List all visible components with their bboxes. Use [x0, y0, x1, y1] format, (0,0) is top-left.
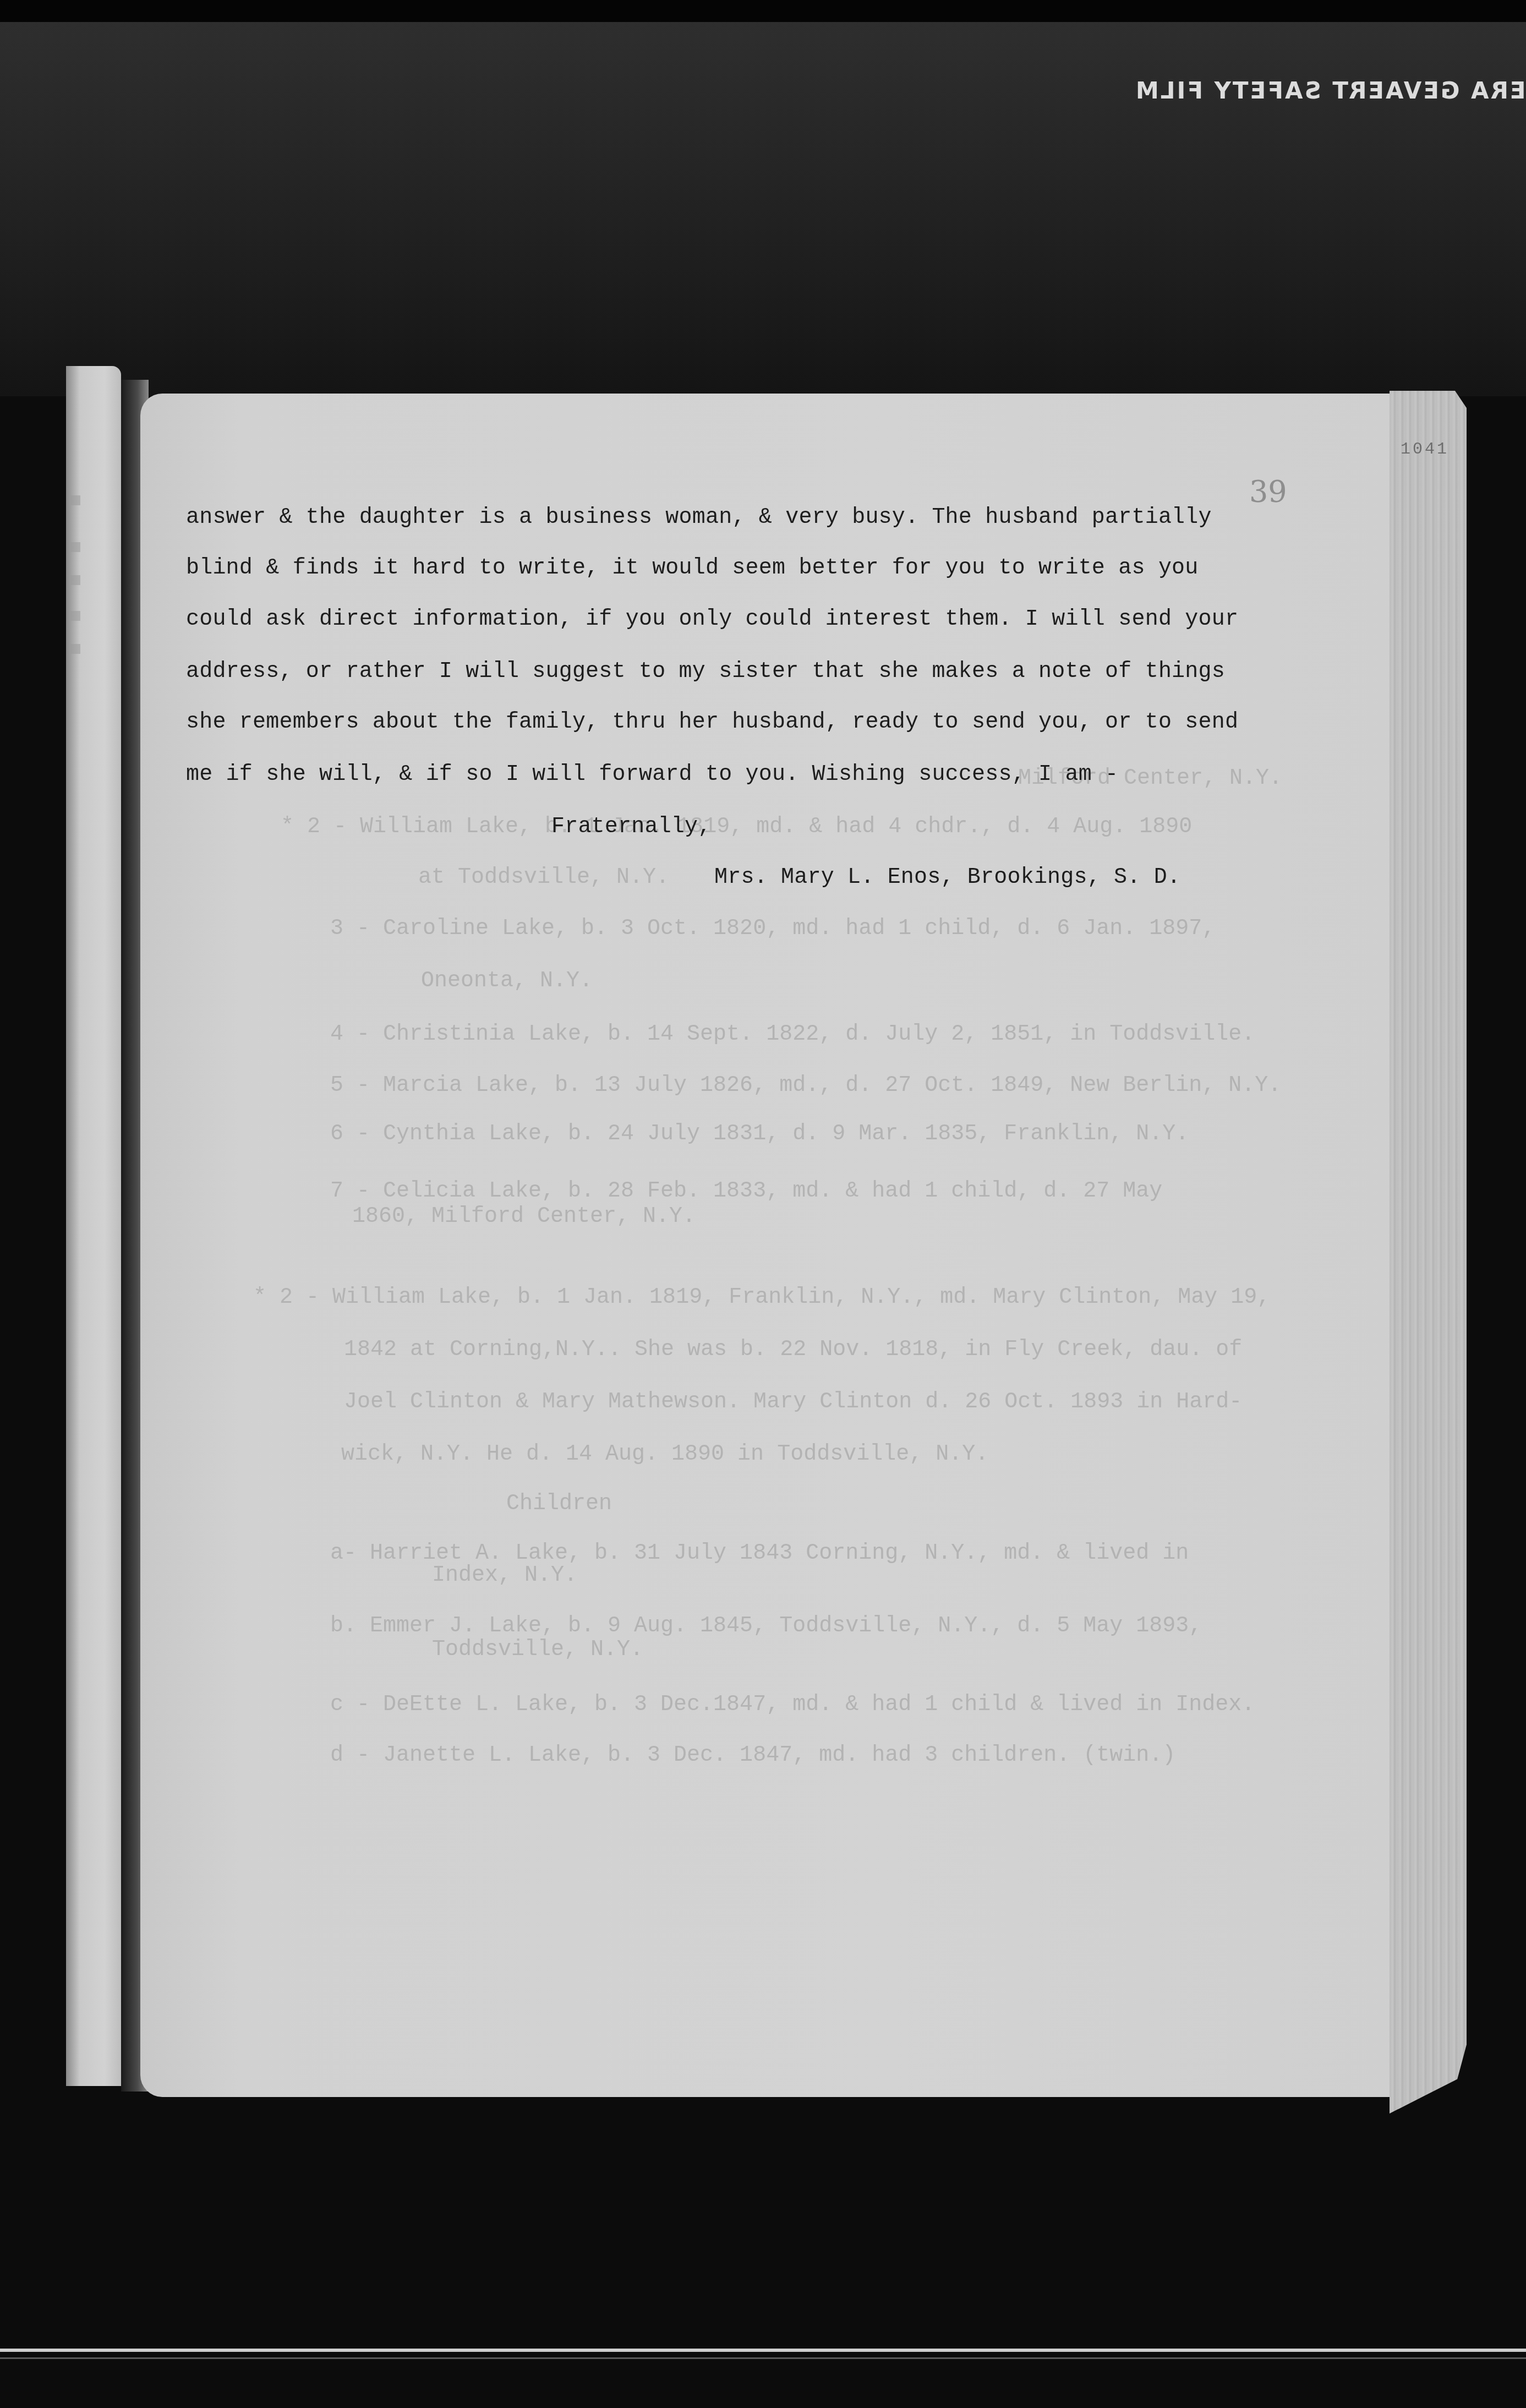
film-top-edge — [0, 0, 1526, 22]
letter-signature: Mrs. Mary L. Enos, Brookings, S. D. — [714, 865, 1180, 890]
bleed-line: 5 - Marcia Lake, b. 13 July 1826, md., d… — [330, 1073, 1281, 1098]
bleed-line: wick, N.Y. He d. 14 Aug. 1890 in Toddsvi… — [341, 1442, 988, 1467]
letter-line: she remembers about the family, thru her… — [186, 710, 1238, 735]
bleed-line: 7 - Celicia Lake, b. 28 Feb. 1833, md. &… — [330, 1179, 1162, 1204]
page-number: 39 — [1249, 474, 1287, 509]
margin-mark — [69, 575, 80, 585]
margin-mark — [69, 542, 80, 552]
bleed-line: c - DeEtte L. Lake, b. 3 Dec.1847, md. &… — [330, 1692, 1255, 1717]
margin-mark — [69, 611, 80, 621]
film-header-label: ERA GEVAERT SAFETY FILM — [1134, 77, 1526, 104]
letter-line: could ask direct information, if you onl… — [186, 607, 1238, 632]
bleed-line: 1860, Milford Center, N.Y. — [352, 1204, 696, 1229]
bleed-line: b. Emmer J. Lake, b. 9 Aug. 1845, Toddsv… — [330, 1614, 1202, 1639]
bleed-line: d - Janette L. Lake, b. 3 Dec. 1847, md.… — [330, 1743, 1175, 1768]
page-stack-mark: 1041 — [1401, 440, 1449, 459]
margin-mark — [69, 495, 80, 505]
bleed-line: a- Harriet A. Lake, b. 31 July 1843 Corn… — [330, 1541, 1189, 1566]
margin-mark — [69, 644, 80, 654]
letter-line: answer & the daughter is a business woma… — [186, 505, 1212, 530]
document-page — [140, 394, 1392, 2097]
bleed-line: Toddsville, N.Y. — [432, 1637, 643, 1662]
bleed-line: 1842 at Corning,N.Y.. She was b. 22 Nov.… — [344, 1337, 1242, 1362]
bleed-line: * 2 - William Lake, b. 1 Jan. 1819, md. … — [281, 815, 1192, 839]
film-edge-line — [0, 2349, 1526, 2352]
letter-line: address, or rather I will suggest to my … — [186, 659, 1225, 684]
bleed-line: Index, N.Y. — [432, 1563, 577, 1588]
bleed-line: 4 - Christinia Lake, b. 14 Sept. 1822, d… — [330, 1022, 1255, 1047]
letter-closing: Fraternally, — [551, 815, 711, 839]
letter-line: me if she will, & if so I will forward t… — [186, 762, 1118, 787]
film-background: ERA GEVAERT SAFETY FILM — [0, 22, 1526, 396]
left-page-edge — [66, 366, 121, 2086]
bleed-line: 3 - Caroline Lake, b. 3 Oct. 1820, md. h… — [330, 916, 1215, 941]
page-stack-edge — [1390, 391, 1467, 2114]
bleed-line: * 2 - William Lake, b. 1 Jan. 1819, Fran… — [253, 1285, 1270, 1310]
bleed-line: Children — [506, 1492, 612, 1516]
bleed-line: Joel Clinton & Mary Mathewson. Mary Clin… — [344, 1390, 1242, 1415]
letter-line: blind & finds it hard to write, it would… — [186, 556, 1199, 581]
film-edge-line — [0, 2357, 1526, 2359]
bleed-line: at Toddsville, N.Y. — [418, 865, 669, 890]
bleed-line: Oneonta, N.Y. — [421, 969, 593, 993]
bleed-line: 6 - Cynthia Lake, b. 24 July 1831, d. 9 … — [330, 1122, 1189, 1146]
